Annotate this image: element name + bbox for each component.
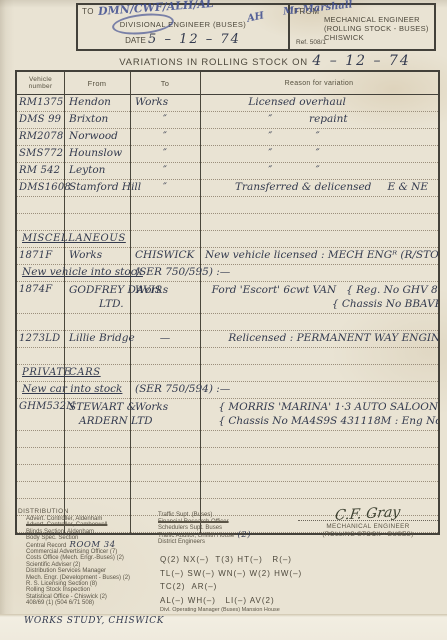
signature-title-1: MECHANICAL ENGINEER bbox=[298, 523, 438, 531]
vehicle-number: GHM532N bbox=[17, 399, 64, 430]
district-codes: Q(2) NX(–) T(3) HT(–) R(–)TL(–) SW(–) WN… bbox=[160, 553, 302, 607]
note-left: New car into stock bbox=[17, 382, 130, 398]
table-row: New vehicle into stock(SER 750/595) :— bbox=[17, 265, 438, 282]
from-location: STEWART & ARDERN LTD bbox=[64, 399, 130, 430]
col-header-to: To bbox=[130, 72, 200, 94]
note-left: New vehicle into stock bbox=[17, 265, 130, 281]
date-value: 5 – 12 – 74 bbox=[148, 32, 241, 47]
vehicle-number: 1273LD bbox=[17, 331, 64, 347]
vehicle-number: SMS772 bbox=[17, 146, 64, 162]
to-location: ″ bbox=[130, 129, 200, 145]
distribution-item-text: Central Record bbox=[26, 543, 66, 549]
note-right: (SER 750/595) :— bbox=[130, 265, 438, 281]
section-label: MISCELLANEOUS bbox=[17, 231, 130, 247]
district-code-line: TL(–) SW(–) WN(–) W(2) HW(–) bbox=[160, 567, 302, 581]
distribution-item-text: District Engineers bbox=[158, 539, 205, 545]
reason: { MORRIS 'MARINA' 1·3 AUTO SALOON { Chas… bbox=[200, 399, 438, 430]
distribution-item-text: Advert. Controller, Aldenham bbox=[26, 516, 102, 522]
from-line-2: (ROLLING STOCK - BUSES) bbox=[324, 24, 429, 33]
district-code-line: AL(–) WH(–) LI(–) AV(2) bbox=[160, 594, 302, 608]
to-location: CHISWICK bbox=[130, 248, 200, 264]
section-label: PRIVATE bbox=[17, 365, 64, 381]
table-row bbox=[17, 197, 438, 214]
empty-cell bbox=[130, 231, 438, 247]
to-location: ″ bbox=[130, 163, 200, 179]
to-location: Works bbox=[130, 399, 200, 430]
vehicle-number: 1871F bbox=[17, 248, 64, 264]
distribution-item-text: Financial Research Officer bbox=[158, 519, 229, 525]
table-row bbox=[17, 348, 438, 365]
district-code-line: Q(2) NX(–) T(3) HT(–) R(–) bbox=[160, 553, 302, 567]
to-location: Works bbox=[130, 282, 200, 313]
section-label: CARS bbox=[64, 365, 130, 381]
table-header-row: Vehicle number From To Reason for variat… bbox=[17, 72, 438, 95]
reason: ″ repaint bbox=[200, 112, 438, 128]
distribution-item-text: 408/69 (1) (504 6/71 508) bbox=[26, 600, 94, 606]
title-text: VARIATIONS IN ROLLING STOCK ON bbox=[119, 57, 308, 68]
reason-text: Transferred & delicensed bbox=[205, 181, 371, 196]
works-study-note: WORKS STUDY, CHISWICK bbox=[24, 616, 164, 626]
distribution-item-text: Traffic Supt. (Buses) bbox=[158, 512, 212, 518]
to-location: ″ bbox=[130, 146, 200, 162]
table-row: RM2078Norwood″ ″ ″ bbox=[17, 129, 438, 146]
vehicle-number: 1874F bbox=[17, 282, 64, 313]
from-location: Brixton bbox=[64, 112, 130, 128]
distribution-item-text: R. S. Licensing Section (8) bbox=[26, 581, 97, 587]
table-row bbox=[17, 448, 438, 465]
table-row: 1871FWorksCHISWICKNew vehicle licensed :… bbox=[17, 248, 438, 265]
col-header-reason: Reason for variation bbox=[200, 72, 438, 94]
distribution-item: 408/69 (1) (504 6/71 508) bbox=[26, 600, 166, 606]
from-line-3: CHISWICK bbox=[324, 33, 429, 42]
vehicle-number: RM2078 bbox=[17, 129, 64, 145]
to-location: ″ bbox=[130, 112, 200, 128]
distribution-item: Financial Research Officer bbox=[158, 519, 298, 526]
reason: Transferred & delicensedE & NE bbox=[200, 180, 438, 196]
ref-number: Ref. 508/1 bbox=[296, 39, 326, 46]
empty-cell bbox=[130, 365, 438, 381]
to-label: TO bbox=[82, 7, 94, 16]
distribution-middle-list: Traffic Supt. (Buses)Financial Research … bbox=[158, 512, 298, 546]
table-row bbox=[17, 314, 438, 331]
handwritten-note: (2) bbox=[234, 530, 251, 540]
signature-block: C.F. Gray MECHANICAL ENGINEER (ROLLING S… bbox=[298, 505, 438, 539]
distribution-item-text: Commercial Advertising Officer (7) bbox=[26, 549, 117, 555]
from-location: Hendon bbox=[64, 95, 130, 111]
distribution-item: District Engineers bbox=[158, 539, 298, 546]
from-location: Leyton bbox=[64, 163, 130, 179]
to-location: — bbox=[130, 331, 200, 347]
from-line-1: MECHANICAL ENGINEER bbox=[324, 15, 429, 24]
distribution-item-text: Advert. Controller, Camberwell bbox=[26, 522, 107, 528]
table-row: DMS 99Brixton″ ″ repaint bbox=[17, 112, 438, 129]
reason: New vehicle licensed : MECH ENGᴿ (R/STOC… bbox=[200, 248, 438, 264]
table-row: New car into stock(SER 750/594) :— bbox=[17, 382, 438, 399]
reason: Licensed overhaul bbox=[200, 95, 438, 111]
to-location: Works bbox=[130, 95, 200, 111]
from-location: Hounslow bbox=[64, 146, 130, 162]
distribution-item: Schedulers Supt. Buses bbox=[158, 525, 298, 532]
vehicle-number: RM 542 bbox=[17, 163, 64, 179]
table-row bbox=[17, 214, 438, 231]
distribution-heading: DISTRIBUTION bbox=[18, 508, 69, 515]
vehicle-number: DMS1608 bbox=[17, 180, 64, 196]
sheet: { "header": { "to_label": "TO", "recipie… bbox=[0, 0, 447, 640]
distribution-item-text: Mech. Engr. (Development - Buses) (2) bbox=[26, 575, 130, 581]
table-row bbox=[17, 482, 438, 499]
table-row: RM1375HendonWorks Licensed overhaul bbox=[17, 95, 438, 112]
table-row bbox=[17, 465, 438, 482]
district-note: E & NE bbox=[387, 181, 438, 196]
date-label: DATE bbox=[125, 36, 146, 45]
page-title: VARIATIONS IN ROLLING STOCK ON 4 – 12 – … bbox=[90, 52, 440, 70]
table-row: RM 542Leyton″ ″ ″ bbox=[17, 163, 438, 180]
table-row: PRIVATECARS bbox=[17, 365, 438, 382]
table-row: SMS772Hounslow″ ″ ″ bbox=[17, 146, 438, 163]
from-location: Lillie Bridge bbox=[64, 331, 130, 347]
signature-title-2: (ROLLING STOCK - BUSES) bbox=[298, 531, 438, 539]
table-rows: RM1375HendonWorks Licensed overhaulDMS 9… bbox=[17, 95, 438, 533]
distribution-item-text: Traffic Auditor, Griffith House bbox=[158, 533, 234, 539]
reason: ″ ″ bbox=[200, 146, 438, 162]
from-location: Works bbox=[64, 248, 130, 264]
distribution-left-list: Advert. Controller, AldenhamAdvert. Cont… bbox=[26, 516, 166, 607]
variations-table: Vehicle number From To Reason for variat… bbox=[15, 70, 440, 535]
distribution-item-text: Schedulers Supt. Buses bbox=[158, 525, 222, 531]
signature-title: MECHANICAL ENGINEER (ROLLING STOCK - BUS… bbox=[298, 523, 438, 539]
date-row: DATE 5 – 12 – 74 bbox=[78, 32, 288, 47]
table-row bbox=[17, 431, 438, 448]
distribution-item: Traffic Auditor, Griffith House (2) bbox=[158, 532, 298, 540]
from-address: MECHANICAL ENGINEER (ROLLING STOCK - BUS… bbox=[324, 15, 429, 42]
distribution-item-text: Distribution Services Manager bbox=[26, 568, 106, 574]
distribution-item-text: Scientific Adviser (2) bbox=[26, 562, 80, 568]
vehicle-number: RM1375 bbox=[17, 95, 64, 111]
reason: Ford 'Escort' 6cwt VAN { Reg. No GHV 874… bbox=[200, 282, 438, 313]
title-date: 4 – 12 – 74 bbox=[312, 53, 410, 69]
table-row: DMS1608Stamford Hill″ Transferred & deli… bbox=[17, 180, 438, 197]
reason: ″ ″ bbox=[200, 129, 438, 145]
vehicle-number: DMS 99 bbox=[17, 112, 64, 128]
distribution-item-text: Rolling Stock Inspection bbox=[26, 587, 90, 593]
distribution-item-text: Blinds Section, Aldenham bbox=[26, 529, 94, 535]
distribution-item: Traffic Supt. (Buses) bbox=[158, 512, 298, 519]
col-header-vehicle: Vehicle number bbox=[17, 72, 64, 94]
reason: ″ ″ bbox=[200, 163, 438, 179]
operating-manager-line: Divl. Operating Manager (Buses) Mansion … bbox=[160, 607, 280, 613]
reason: Relicensed : PERMANENT WAY ENGINEER (Gp1… bbox=[200, 331, 438, 347]
table-row: MISCELLANEOUS bbox=[17, 231, 438, 248]
to-location: ″ bbox=[130, 180, 200, 196]
from-location: Stamford Hill bbox=[64, 180, 130, 196]
distribution-item-text: Costs Office (Mech. Engr.-Buses) (2) bbox=[26, 555, 124, 561]
from-location: Norwood bbox=[64, 129, 130, 145]
from-location: GODFREY DAVIS LTD. bbox=[64, 282, 130, 313]
district-code-line: TC(2) AR(–) bbox=[160, 580, 302, 594]
table-row: 1273LDLillie Bridge— Relicensed : PERMAN… bbox=[17, 331, 438, 348]
distribution-item: Central Record ROOM 34 bbox=[26, 542, 166, 549]
table-row: GHM532NSTEWART & ARDERN LTDWorks { MORRI… bbox=[17, 399, 438, 431]
col-header-from: From bbox=[64, 72, 130, 94]
distribution-item-text: Statistical Office - Chiswick (2) bbox=[26, 594, 107, 600]
note-right: (SER 750/594) :— bbox=[130, 382, 438, 398]
signature-scrawl: C.F. Gray bbox=[334, 504, 401, 524]
table-row: 1874FGODFREY DAVIS LTD.Works Ford 'Escor… bbox=[17, 282, 438, 314]
